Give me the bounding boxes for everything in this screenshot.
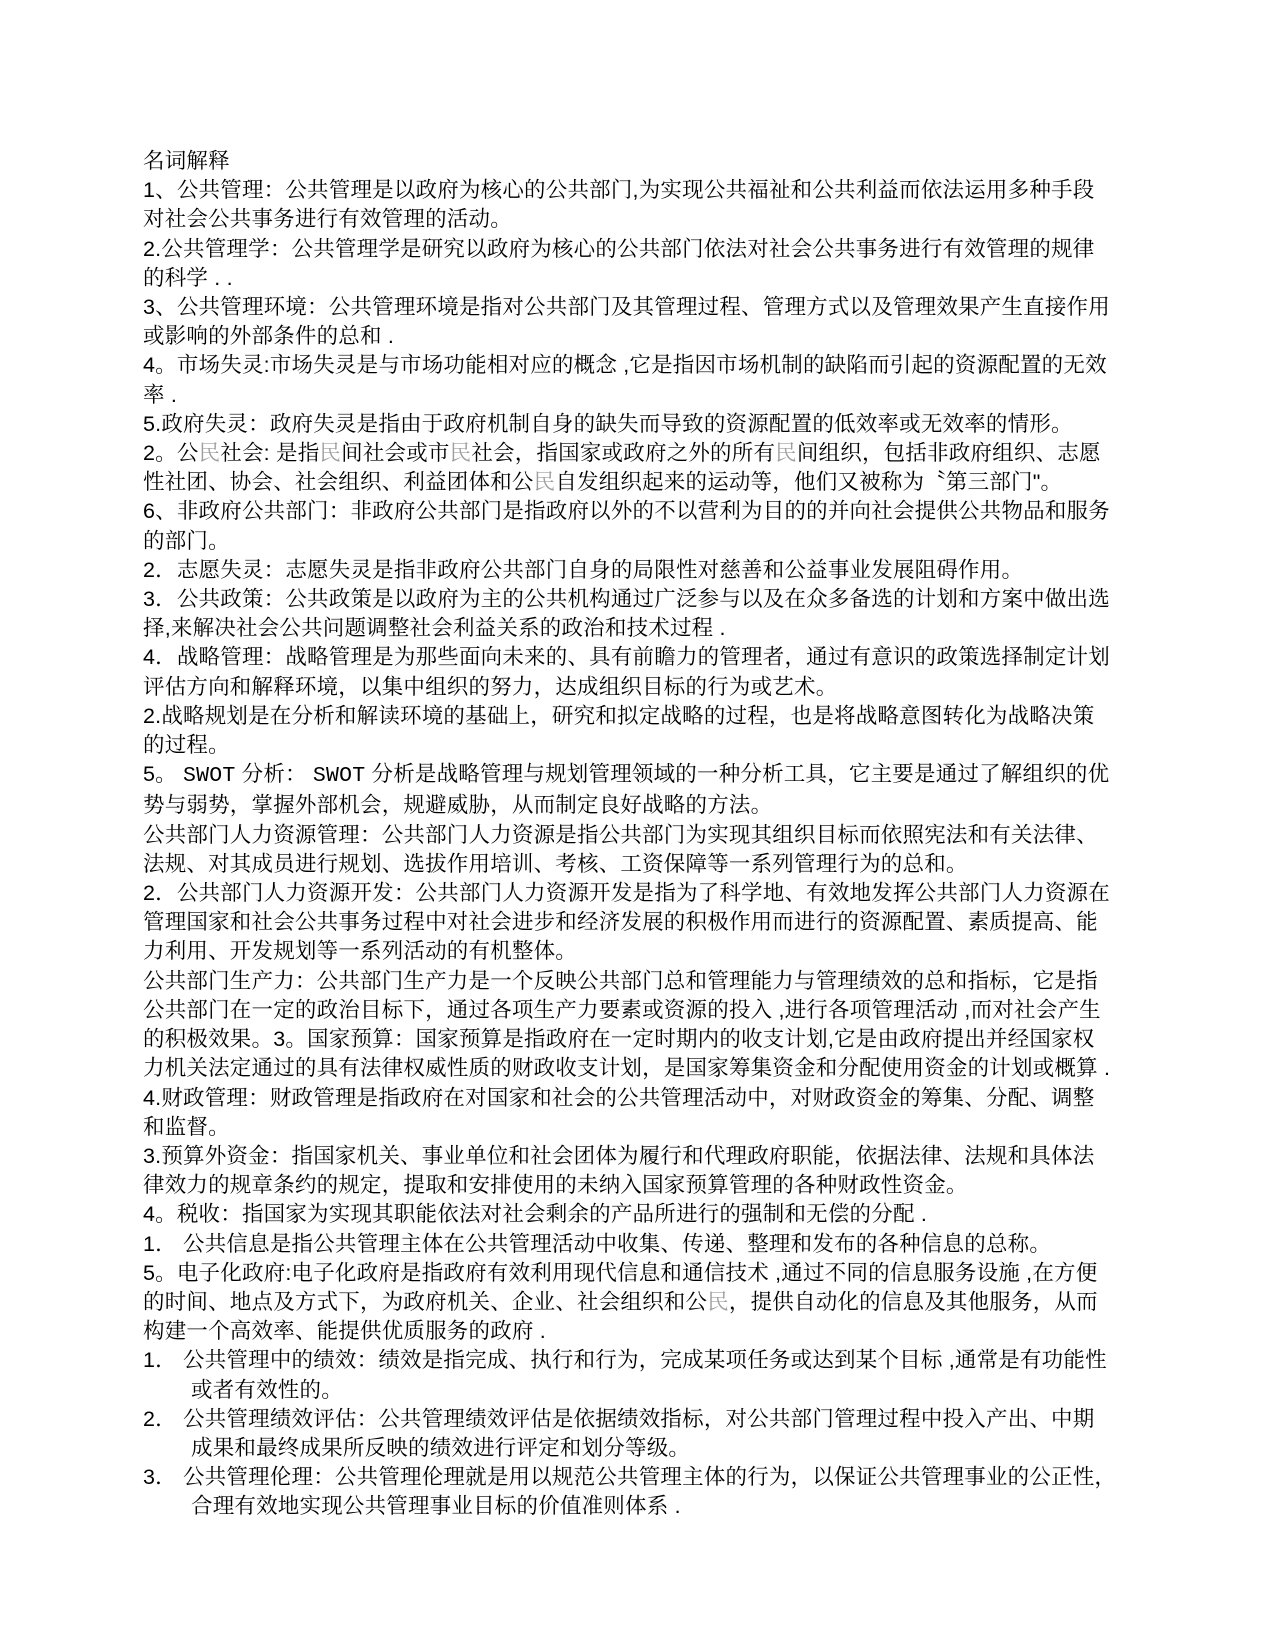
text-line: 法规、对其成员进行规划、选拔作用培训、考核、工资保障等一系列管理行为的总和。 [143,850,1138,879]
styled-char: 民 [775,441,797,465]
text-line: 5。电子化政府:电子化政府是指政府有效利用现代信息和通信技术 ,通过不同的信息服… [143,1259,1138,1288]
document-page: 名词解释 1、公共管理：公共管理是以政府为核心的公共部门,为实现公共福祉和公共利… [0,0,1275,1650]
text-line: 或者有效性的。 [143,1376,1138,1405]
text-line: 力机关法定通过的具有法律权威性质的财政收支计划，是国家筹集资金和分配使用资金的计… [143,1054,1138,1083]
text-line: 势与弱势，掌握外部机会，规避威胁，从而制定良好战略的方法。 [143,791,1138,820]
styled-char: SWOT [183,764,235,788]
text-line: 1． 公共信息是指公共管理主体在公共管理活动中收集、传递、整理和发布的各种信息的… [143,1230,1138,1259]
document-heading: 名词解释 [143,147,1138,176]
document-body: 名词解释 1、公共管理：公共管理是以政府为核心的公共部门,为实现公共福祉和公共利… [143,147,1138,1522]
text-line: 律效力的规章条约的规定，提取和安排使用的未纳入国家预算管理的各种财政性资金。 [143,1171,1138,1200]
text-line: 2。公民社会: 是指民间社会或市民社会，指国家或政府之外的所有民间组织，包括非政… [143,439,1138,468]
text-line: 和监督。 [143,1113,1138,1142]
text-line: 3． 公共管理伦理：公共管理伦理就是用以规范公共管理主体的行为，以保证公共管理事… [143,1463,1138,1492]
text-line: 2．公共部门人力资源开发：公共部门人力资源开发是指为了科学地、有效地发挥公共部门… [143,879,1138,908]
text-line: 3、公共管理环境：公共管理环境是指对公共部门及其管理过程、管理方式以及管理效果产… [143,293,1138,322]
text-line: 5。 SWOT 分析： SWOT 分析是战略管理与规划管理领域的一种分析工具，它… [143,760,1138,791]
paragraph-lines: 1、公共管理：公共管理是以政府为核心的公共部门,为实现公共福祉和公共利益而依法运… [143,176,1138,1521]
text-line: 2.战略规划是在分析和解读环境的基础上，研究和拟定战略的过程，也是将战略意图转化… [143,702,1138,731]
text-line: 3．公共政策：公共政策是以政府为主的公共机构通过广泛参与以及在众多备选的计划和方… [143,585,1138,614]
text-line: 2．志愿失灵：志愿失灵是指非政府公共部门自身的局限性对慈善和公益事业发展阻碍作用… [143,556,1138,585]
text-line: 1． 公共管理中的绩效：绩效是指完成、执行和行为，完成某项任务或达到某个目标 ,… [143,1346,1138,1375]
text-line: 合理有效地实现公共管理事业目标的价值准则体系 . [143,1492,1138,1521]
text-line: 5.政府失灵：政府失灵是指由于政府机制自身的缺失而导致的资源配置的低效率或无效率… [143,410,1138,439]
text-line: 公共部门在一定的政治目标下，通过各项生产力要素或资源的投入 ,进行各项管理活动 … [143,996,1138,1025]
text-line: 管理国家和社会公共事务过程中对社会进步和经济发展的积极作用而进行的资源配置、素质… [143,908,1138,937]
styled-char: 民 [534,470,556,494]
text-line: 的科学 . . [143,264,1138,293]
text-line: 的时间、地点及方式下，为政府机关、企业、社会组织和公民，提供自动化的信息及其他服… [143,1288,1138,1317]
text-line: 4．战略管理：战略管理是为那些面向未来的、具有前瞻力的管理者，通过有意识的政策选… [143,643,1138,672]
text-line: 4.财政管理：财政管理是指政府在对国家和社会的公共管理活动中，对财政资金的筹集、… [143,1084,1138,1113]
text-line: 成果和最终成果所反映的绩效进行评定和划分等级。 [143,1434,1138,1463]
text-line: 或影响的外部条件的总和 . [143,322,1138,351]
text-line: 4。税收：指国家为实现其职能依法对社会剩余的产品所进行的强制和无偿的分配 . [143,1200,1138,1229]
text-line: 3.预算外资金：指国家机关、事业单位和社会团体为履行和代理政府职能，依据法律、法… [143,1142,1138,1171]
styled-char: 民 [707,1290,729,1314]
text-line: 力利用、开发规划等一系列活动的有机整体。 [143,937,1138,966]
text-line: 的过程。 [143,731,1138,760]
text-line: 对社会公共事务进行有效管理的活动。 [143,205,1138,234]
styled-char: 民 [319,441,341,465]
text-line: 率 . [143,381,1138,410]
styled-char: SWOT [313,764,365,788]
text-line: 1、公共管理：公共管理是以政府为核心的公共部门,为实现公共福祉和公共利益而依法运… [143,176,1138,205]
text-line: 2． 公共管理绩效评估：公共管理绩效评估是依据绩效指标，对公共部门管理过程中投入… [143,1405,1138,1434]
text-line: 性社团、协会、社会组织、利益团体和公民自发组织起来的运动等，他们又被称为〝第三部… [143,468,1138,497]
text-line: 公共部门生产力：公共部门生产力是一个反映公共部门总和管理能力与管理绩效的总和指标… [143,967,1138,996]
text-line: 的部门。 [143,527,1138,556]
text-line: 4。市场失灵:市场失灵是与市场功能相对应的概念 ,它是指因市场机制的缺陷而引起的… [143,351,1138,380]
text-line: 公共部门人力资源管理：公共部门人力资源是指公共部门为实现其组织目标而依照宪法和有… [143,821,1138,850]
text-line: 择,来解决社会公共问题调整社会利益关系的政治和技术过程 . [143,614,1138,643]
styled-char: 民 [450,441,472,465]
text-line: 构建一个高效率、能提供优质服务的政府 . [143,1317,1138,1346]
styled-char: 民 [199,441,221,465]
text-line: 评估方向和解释环境，以集中组织的努力，达成组织目标的行为或艺术。 [143,673,1138,702]
text-line: 2.公共管理学：公共管理学是研究以政府为核心的公共部门依法对社会公共事务进行有效… [143,235,1138,264]
text-line: 6、非政府公共部门：非政府公共部门是指政府以外的不以营利为目的的并向社会提供公共… [143,497,1138,526]
text-line: 的积极效果。3。国家预算：国家预算是指政府在一定时期内的收支计划,它是由政府提出… [143,1025,1138,1054]
